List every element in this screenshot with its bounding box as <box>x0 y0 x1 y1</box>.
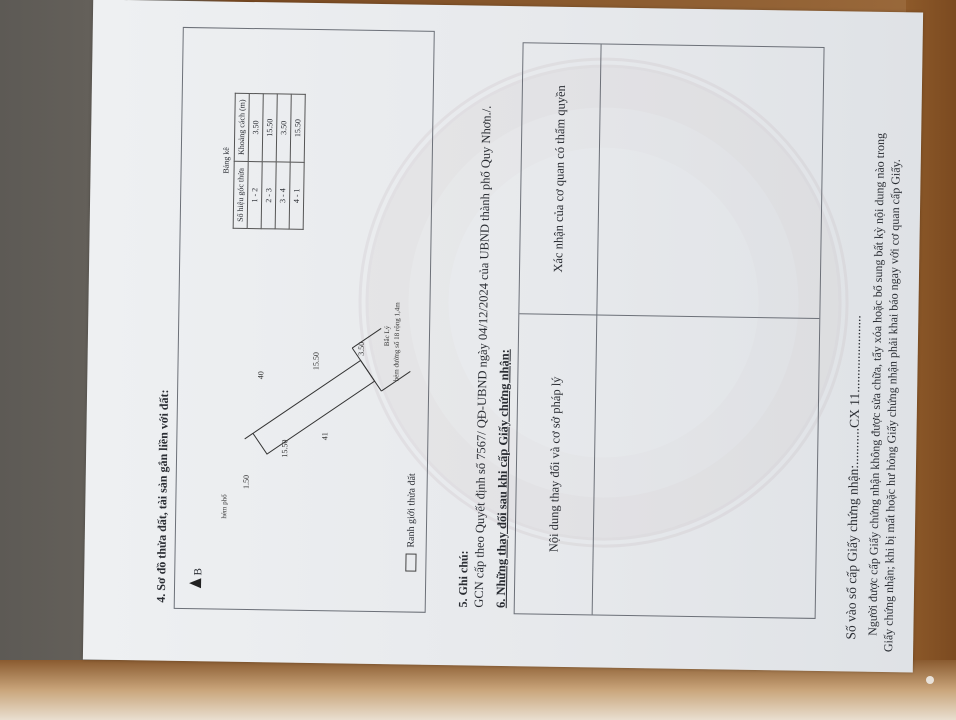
certificate-page: 4. Sơ đồ thửa đất, tài sản gắn liền với … <box>83 0 923 672</box>
svg-text:Bắc Lý: Bắc Lý <box>383 325 391 346</box>
pin <box>926 676 934 684</box>
parcel-map: 15.50 15.50 3.50 1.50 41 40 hẻm phố hẻm … <box>196 248 420 531</box>
svg-text:15.50: 15.50 <box>311 352 320 370</box>
registry-number-line: Số vào sổ cấp Giấy chứng nhận:..........… <box>843 315 864 640</box>
registry-number: CX 11 <box>847 393 863 428</box>
changes-confirm-cell <box>597 45 823 318</box>
svg-text:hẻm đường số 18 rộng 1,4m: hẻm đường số 18 rộng 1,4m <box>392 302 401 382</box>
parcel-sketch: 15.50 15.50 3.50 1.50 41 40 hẻm phố hẻm … <box>196 248 420 531</box>
svg-text:40: 40 <box>256 371 265 379</box>
north-arrow: B <box>189 568 204 588</box>
map-legend: Ranh giới thửa đất <box>405 473 418 571</box>
parcel-diagram-box: B 15.50 15.50 3.50 1.50 41 40 <box>174 27 435 613</box>
svg-text:3.50: 3.50 <box>357 342 366 356</box>
document-photo: 4. Sơ đồ thửa đất, tài sản gắn liền với … <box>83 0 923 672</box>
changes-table: Nội dung thay đổi và cơ sở pháp lý Xác n… <box>514 42 825 619</box>
table-row: 4 - 115.50 <box>289 94 305 230</box>
boundary-table: Bảng kê Số hiệu góc thửa Khoảng cách (m)… <box>221 92 306 230</box>
boundary-table-grid: Số hiệu góc thửa Khoảng cách (m) 1 - 23.… <box>233 92 306 230</box>
svg-text:41: 41 <box>320 432 329 440</box>
north-arrow-icon <box>189 578 201 588</box>
boundary-swatch-icon <box>405 553 416 571</box>
changes-content-cell <box>593 314 820 617</box>
section4-title: 4. Sơ đồ thửa đất, tài sản gắn liền với … <box>154 389 172 602</box>
svg-text:1.50: 1.50 <box>242 475 251 489</box>
svg-text:hẻm phố: hẻm phố <box>220 494 228 519</box>
section6-title: 6. Những thay đổi sau khi cấp Giấy chứng… <box>494 349 513 608</box>
section5-title: 5. Ghi chú: <box>456 550 472 607</box>
changes-col-confirm-header: Xác nhận của cơ quan có thẩm quyền <box>519 43 601 314</box>
changes-col-content-header: Nội dung thay đổi và cơ sở pháp lý <box>515 313 598 614</box>
svg-text:15.50: 15.50 <box>280 440 289 458</box>
